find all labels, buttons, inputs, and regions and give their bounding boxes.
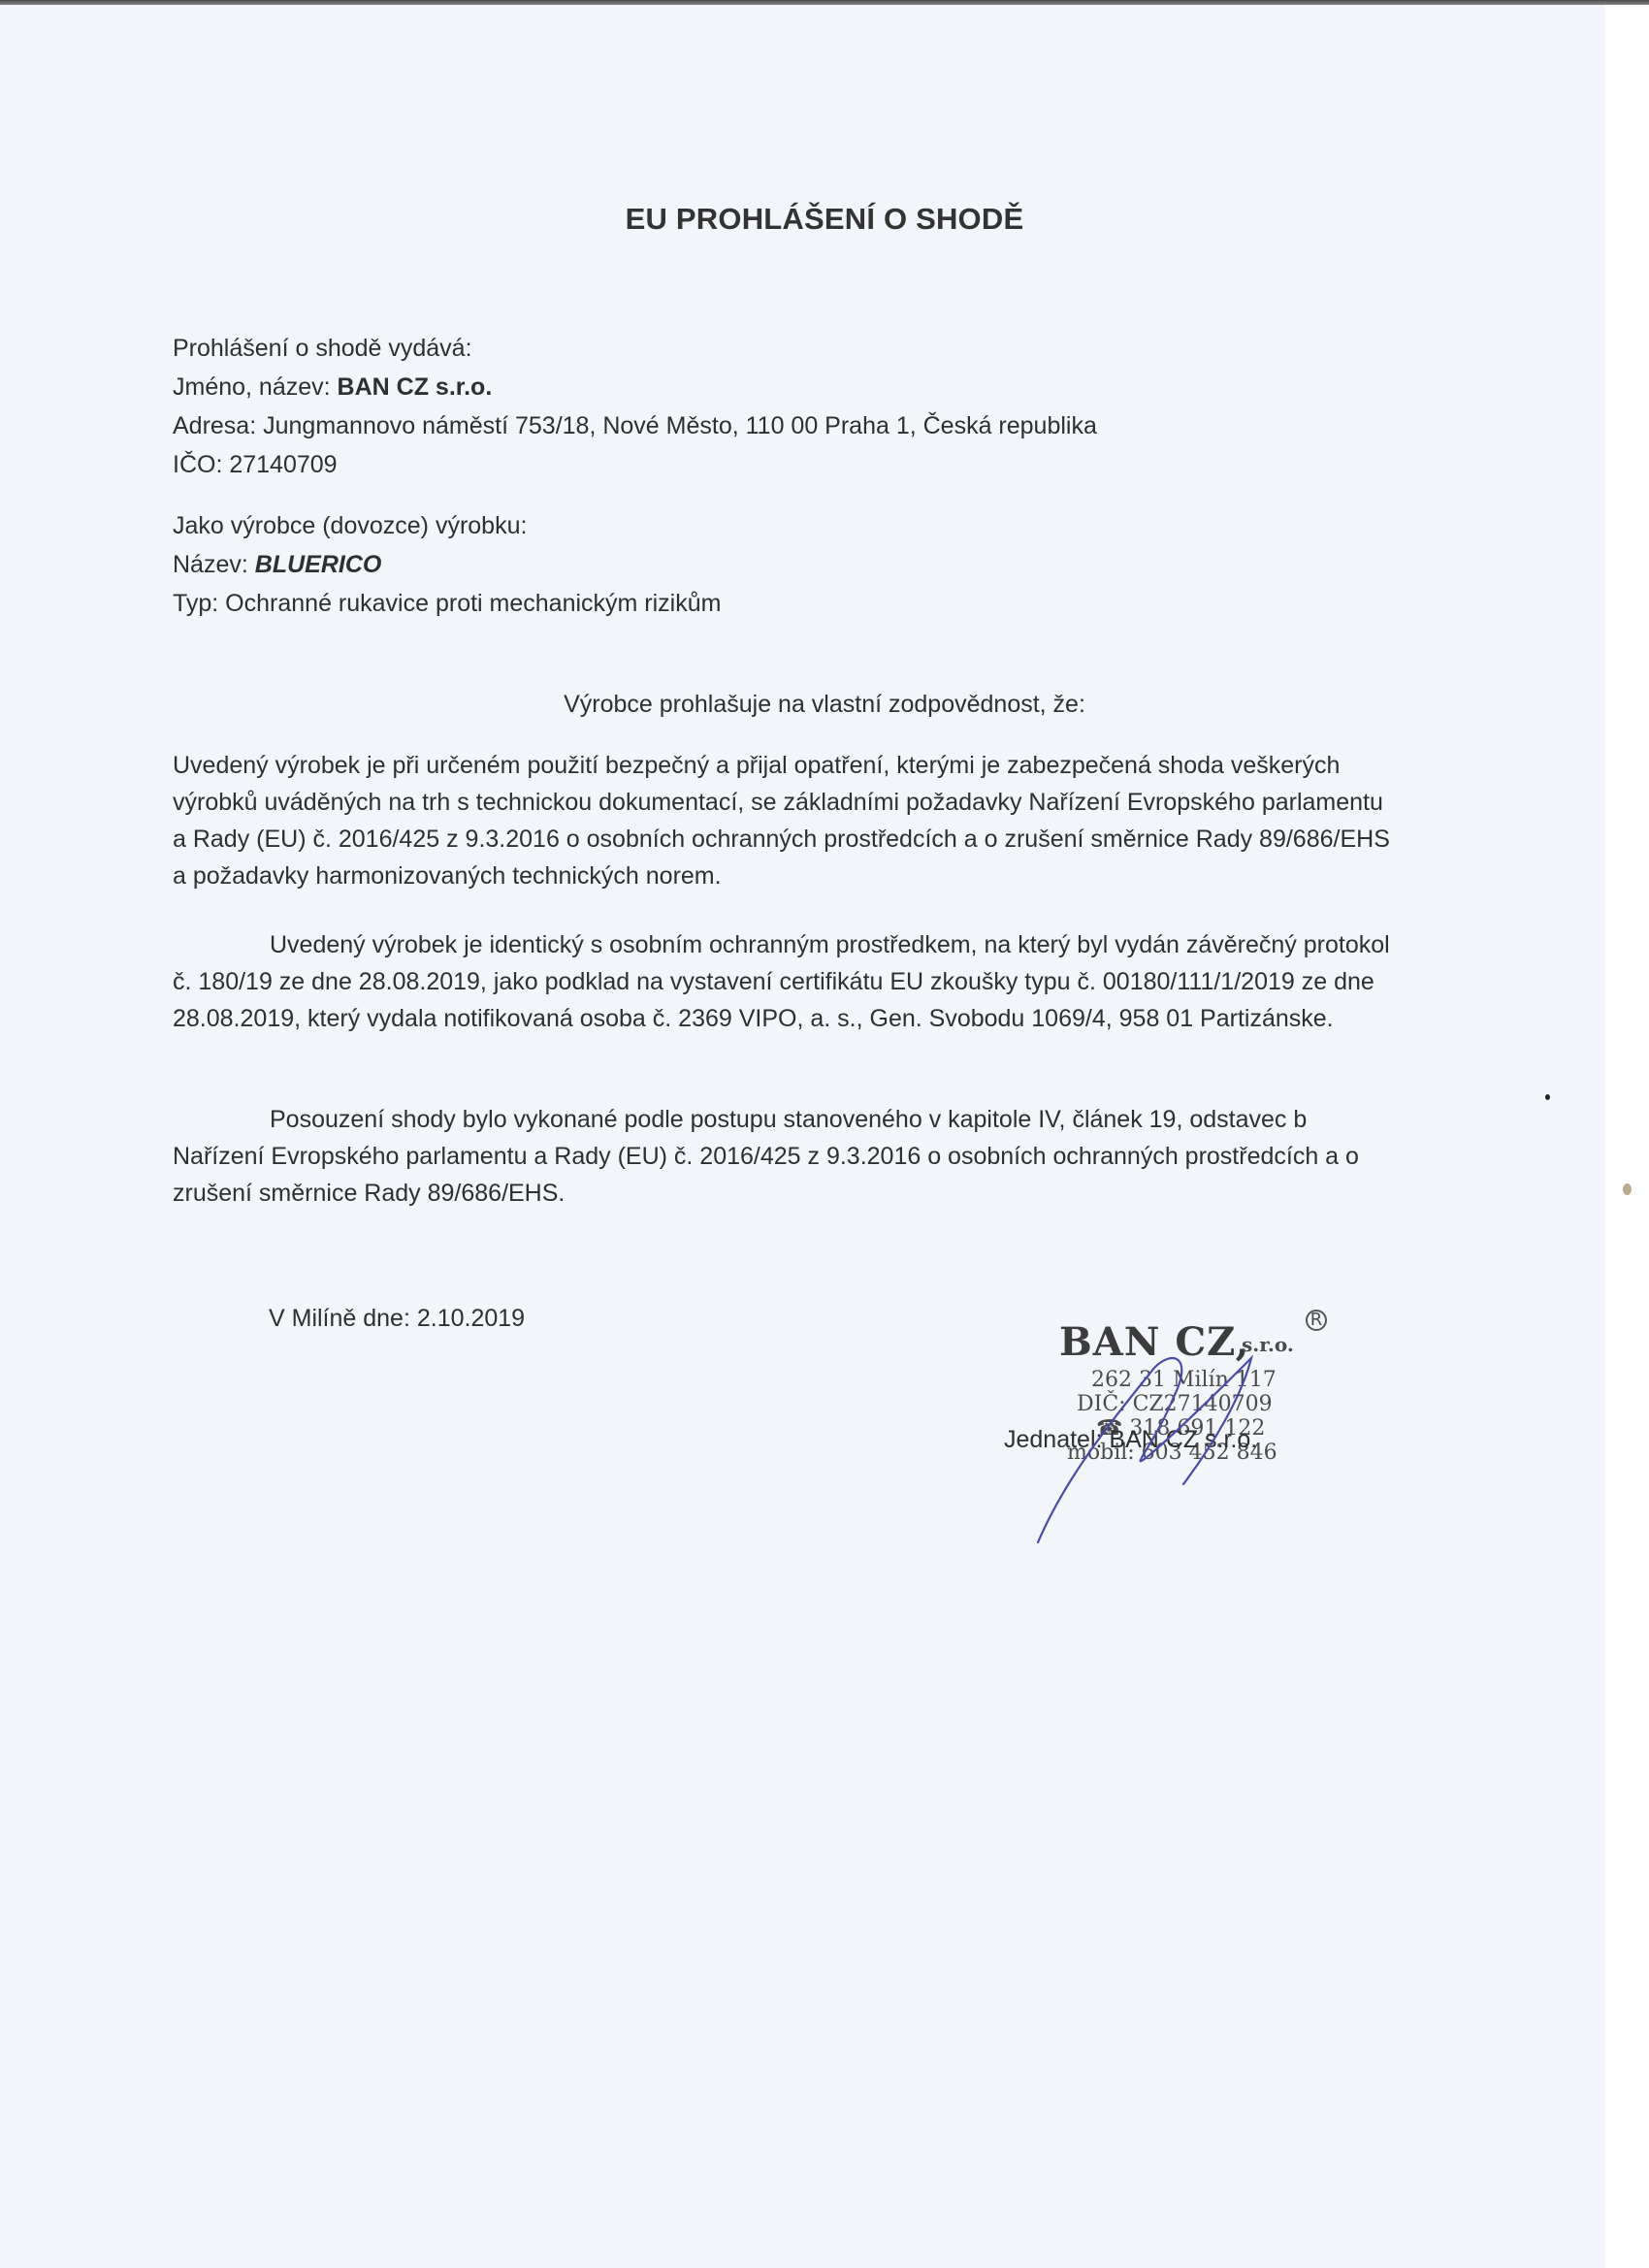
issuer-address: Adresa: Jungmannovo náměstí 753/18, Nové… [173, 412, 1097, 440]
product-name-value: BLUERICO [255, 551, 382, 578]
declaration-intro: Výrobce prohlašuje na vlastní zodpovědno… [0, 691, 1649, 719]
stamp-brand: BAN CZ, [1059, 1319, 1250, 1365]
stamp-line-dic: DIČ: CZ27140709 [1077, 1392, 1273, 1416]
product-heading: Jako výrobce (dovozce) výrobku: [173, 512, 527, 540]
product-name: Název: BLUERICO [173, 551, 381, 579]
place-date: V Milíně dne: 2.10.2019 [269, 1305, 525, 1333]
scan-speck [1623, 1183, 1632, 1195]
scan-speck [1545, 1094, 1550, 1100]
stamp-line-address: 262 31 Milín 117 [1091, 1368, 1277, 1392]
issuer-name-label: Jméno, název: [173, 373, 338, 401]
stamp-suffix: s.r.o. [1242, 1333, 1294, 1356]
signer-label: Jednatel: BAN CZ s.r.o. [1004, 1426, 1257, 1454]
registered-mark-icon: R [1306, 1310, 1327, 1331]
issuer-name-value: BAN CZ s.r.o. [338, 373, 493, 401]
paragraph-1-text: Uvedený výrobek je při určeném použití b… [173, 752, 1390, 890]
paragraph-3: Posouzení shody bylo vykonané podle post… [173, 1101, 1395, 1212]
paragraph-2-text: Uvedený výrobek je identický s osobním o… [173, 931, 1390, 1032]
document-title: EU PROHLÁŠENÍ O SHODĚ [0, 202, 1649, 237]
issuer-ico: IČO: 27140709 [173, 451, 338, 479]
issuer-name: Jméno, název: BAN CZ s.r.o. [173, 373, 492, 402]
product-type: Typ: Ochranné rukavice proti mechanickým… [173, 590, 721, 618]
scan-edge [0, 0, 1649, 5]
paragraph-3-text: Posouzení shody bylo vykonané podle post… [173, 1106, 1359, 1207]
product-name-label: Název: [173, 551, 255, 578]
issuer-heading: Prohlášení o shodě vydává: [173, 335, 472, 363]
paragraph-1: Uvedený výrobek je při určeném použití b… [173, 747, 1395, 894]
paragraph-2: Uvedený výrobek je identický s osobním o… [173, 926, 1395, 1037]
